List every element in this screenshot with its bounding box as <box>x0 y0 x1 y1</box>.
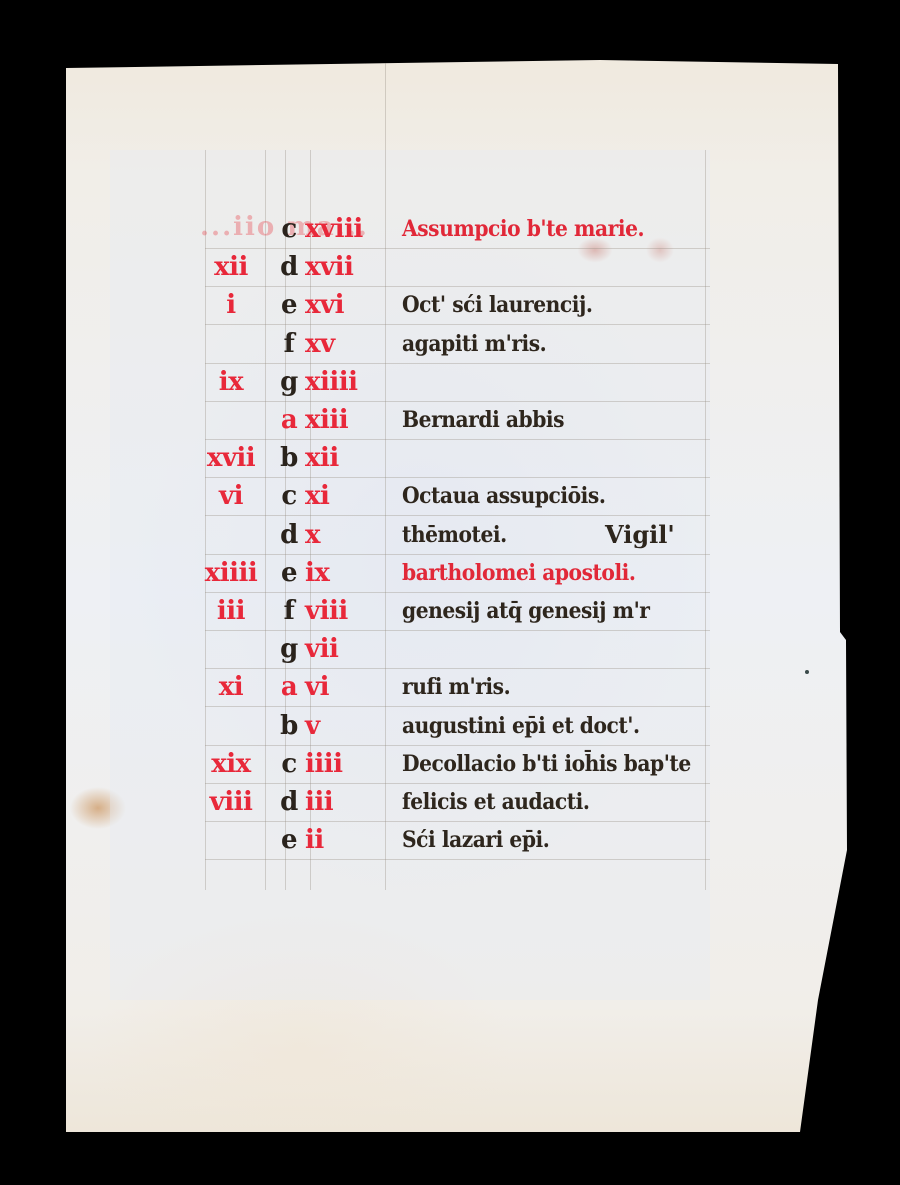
dominical-letter: c <box>272 747 306 781</box>
calendar-row: cxviiiAssumpcio b'te marie. <box>0 210 900 248</box>
roman-date: v <box>305 709 380 743</box>
dominical-letter: e <box>272 288 306 322</box>
feast-name: Sći lazari ep̄i. <box>402 823 687 857</box>
golden-number: iii <box>200 594 262 628</box>
roman-date: ii <box>305 823 380 857</box>
feast-name: Assumpcio b'te marie. <box>402 212 687 246</box>
roman-date: xi <box>305 479 380 513</box>
roman-date: xiiii <box>305 365 380 399</box>
dominical-letter: g <box>272 632 306 666</box>
roman-date: ix <box>305 556 380 590</box>
feast-name: bartholomei apostoli. <box>402 556 687 590</box>
feast-name: genesij atq̄ genesij m'r <box>402 594 687 628</box>
feast-name: augustini ep̄i et doct'. <box>402 709 687 743</box>
roman-date: iii <box>305 785 380 819</box>
calendar-row: dxthēmotei.Vigil' <box>0 516 900 554</box>
roman-date: xv <box>305 327 380 361</box>
roman-date: xviii <box>305 212 380 246</box>
calendar-row: xviibxii <box>0 439 900 477</box>
roman-date: viii <box>305 594 380 628</box>
dominical-letter: c <box>272 212 306 246</box>
feast-name: agapiti m'ris. <box>402 327 687 361</box>
calendar-row: ixgxiiii <box>0 363 900 401</box>
calendar-row: xiavirufi m'ris. <box>0 668 900 706</box>
golden-number: viii <box>200 785 262 819</box>
roman-date: xvi <box>305 288 380 322</box>
feast-name: Decollacio b'ti ioh̄is bap'te <box>402 747 687 781</box>
dominical-letter: g <box>272 365 306 399</box>
dominical-letter: e <box>272 823 306 857</box>
ruling-line <box>205 859 710 860</box>
dominical-letter: a <box>272 403 306 437</box>
roman-date: iiii <box>305 747 380 781</box>
calendar-row: xixciiiiDecollacio b'ti ioh̄is bap'te <box>0 745 900 783</box>
calendar-row: bvaugustini ep̄i et doct'. <box>0 707 900 745</box>
feast-name: felicis et audacti. <box>402 785 687 819</box>
dominical-letter: a <box>272 670 306 704</box>
calendar-row: eiiSći lazari ep̄i. <box>0 821 900 859</box>
calendar-row: viiidiiifelicis et audacti. <box>0 783 900 821</box>
feast-name: Octaua assupciōis. <box>402 479 687 513</box>
golden-number: xi <box>200 670 262 704</box>
roman-date: vii <box>305 632 380 666</box>
dominical-letter: f <box>272 327 306 361</box>
dominical-letter: d <box>272 250 306 284</box>
roman-date: x <box>305 518 380 552</box>
roman-date: xvii <box>305 250 380 284</box>
calendar-row: iexviOct' sći laurencij. <box>0 286 900 324</box>
dominical-letter: f <box>272 594 306 628</box>
calendar-row: xiiiieixbartholomei apostoli. <box>0 554 900 592</box>
golden-number: i <box>200 288 262 322</box>
dominical-letter: e <box>272 556 306 590</box>
dominical-letter: c <box>272 479 306 513</box>
calendar-row: xiidxvii <box>0 248 900 286</box>
dominical-letter: b <box>272 709 306 743</box>
roman-date: xii <box>305 441 380 475</box>
dominical-letter: b <box>272 441 306 475</box>
calendar-row: vicxiOctaua assupciōis. <box>0 477 900 515</box>
golden-number: vi <box>200 479 262 513</box>
dominical-letter: d <box>272 518 306 552</box>
golden-number: xvii <box>200 441 262 475</box>
calendar-row: iiifviiigenesij atq̄ genesij m'r <box>0 592 900 630</box>
golden-number: xiiii <box>200 556 262 590</box>
golden-number: xix <box>200 747 262 781</box>
feast-name: rufi m'ris. <box>402 670 687 704</box>
calendar-row: gvii <box>0 630 900 668</box>
roman-date: xiii <box>305 403 380 437</box>
feast-name: Bernardi abbis <box>402 403 687 437</box>
vigil-note: Vigil' <box>605 518 675 552</box>
golden-number: ix <box>200 365 262 399</box>
calendar-row: axiiiBernardi abbis <box>0 401 900 439</box>
roman-date: vi <box>305 670 380 704</box>
golden-number: xii <box>200 250 262 284</box>
dominical-letter: d <box>272 785 306 819</box>
feast-name: Oct' sći laurencij. <box>402 288 687 322</box>
calendar-row: fxvagapiti m'ris. <box>0 325 900 363</box>
